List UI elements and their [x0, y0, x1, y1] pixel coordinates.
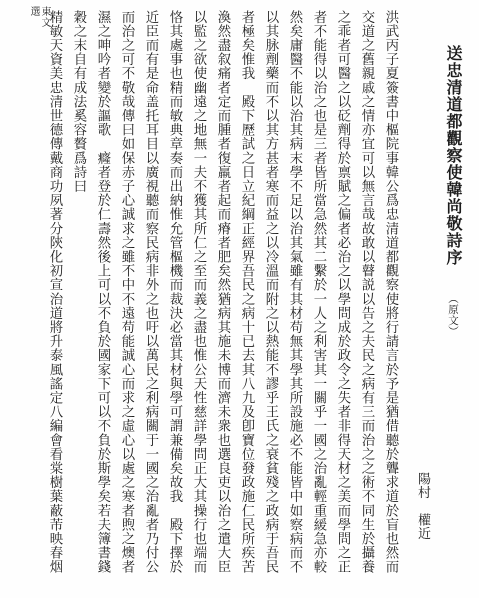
text-column-2: 交道之舊親戚之情亦宜可以無言哉故敢以瞽説以告之夫民之病有三而治之之術不同生於攝養	[354, 10, 378, 592]
text-column-12: 而治之可不敬哉傳曰如保赤子心誠求之雖不中不遠苟能誠心而求之虛心以處之寒者煦之燠者	[114, 10, 138, 592]
text-column-10: 恪其處事也精而敏典章奏而出納惟允管樞機而裁決必當其材與學可謂兼備矣故我 殿下擇於	[162, 10, 186, 592]
title-column: 送忠清道都觀察使韓尚敬詩序 （原文）	[439, 10, 467, 592]
text-column-7: 者極矣惟我 殿下歷試之日立紀綱正經界吾民之病十已去其八九及卽寶位發政施仁民所疾苦	[234, 10, 258, 592]
text-column-11: 近臣而有是命盖托耳目以廣視聽而察民病非外之也吁以萬民之利病關于一國之治亂者乃付公	[138, 10, 162, 592]
page-title: 送忠清道都觀察使韓尚敬詩序	[444, 45, 463, 266]
author-attribution: 陽村 權近	[410, 10, 435, 592]
text-column-9: 以監之欲使幽遠之地無一夫不獲其所仁之至而義之盡也惟公天性慈詳學問正大其操行也端而	[186, 10, 210, 592]
text-column-4: 者不能得以治之也是三者皆所當急然其二繫於一人之利害其一關乎一國之治亂輕重緩急亦較	[306, 10, 330, 592]
text-column-5: 然矣庸醫不能以治其病末學不足以治其氣雖有其材苟無其學其所設施必不能皆中如察病而不	[282, 10, 306, 592]
text-area: 送忠清道都觀察使韓尚敬詩序 （原文） 陽村 權近 洪武丙子夏簽書中樞院事韓公爲忠…	[42, 10, 467, 592]
scanned-page: 東文 選 送忠清道都觀察使韓尚敬詩序 （原文） 陽村 權近 洪武丙子夏簽書中樞院…	[0, 0, 479, 598]
text-column-1: 洪武丙子夏簽書中樞院事韓公爲忠清道都觀察使將行請言於予是猶借聽於聾求道於盲也然而	[378, 10, 402, 592]
text-column-3: 之乖者可醫之以砭劑得於禀賦之偏者必治之以學問成於政令之失者非得天材之美而學問之正	[330, 10, 354, 592]
text-column-6: 以其脉劑藥而不以其方甚者寒而益之以冷溫而附之以熱能不謬乎王氏之衰貧殘之政病于吾民	[258, 10, 282, 592]
text-column-14: 穀之末自有成法奚容贅爲詩曰	[66, 10, 90, 592]
text-column-15: 精敏天資美忠清世德傳戴商功夙著分陝化初宣治道將升泰風謠定八編會看棠樹葉蔽芾映春烟	[42, 10, 66, 592]
text-column-13: 濕之呻吟者變於謳歌 癃者登於仁壽然後上可以不負於國家下可以不負於斯學矣若夫簿書錢	[90, 10, 114, 592]
book-title-label-line2: 選	[28, 6, 39, 28]
author-name: 陽村 權近	[415, 472, 430, 541]
text-column-8: 渙然盡叙痛者定而腫者復羸者起而瘠者肥矣然猶病其施未博而濟未衆也選良吏以治之遣大臣	[210, 10, 234, 592]
title-note: （原文）	[447, 293, 459, 337]
